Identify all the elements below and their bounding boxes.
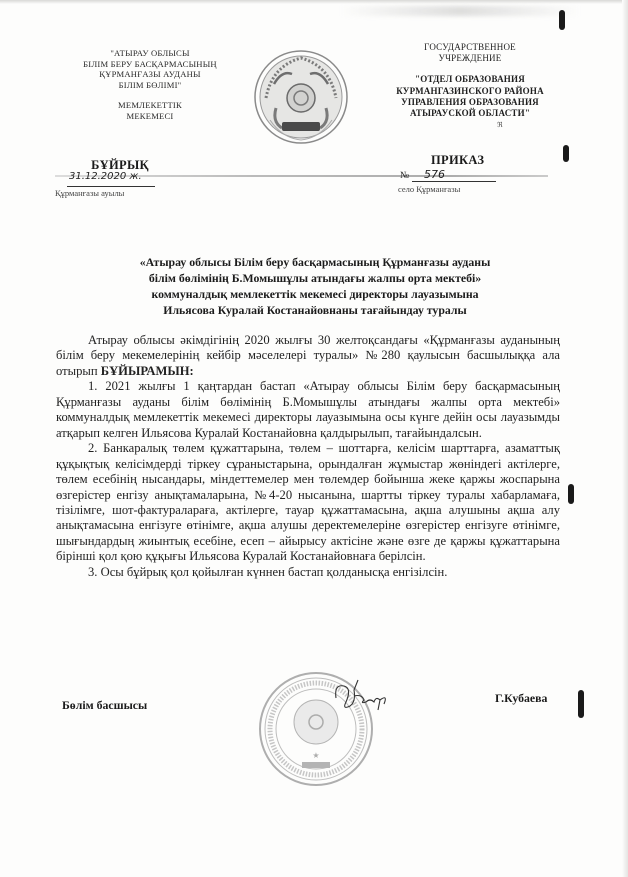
staple-mark <box>563 145 569 162</box>
document-title: «Атырау облысы Білім беру басқармасының … <box>62 254 568 318</box>
org-line: БІЛІМ БӨЛІМІ" <box>62 80 238 91</box>
header-org-ru: ГОСУДАРСТВЕННОЕ УЧРЕЖДЕНИЕ "ОТДЕЛ ОБРАЗО… <box>385 42 555 131</box>
title-line: білім бөлімінің Б.Момышұлы атындағы жалп… <box>62 270 568 286</box>
header-org-kz: "АТЫРАУ ОБЛЫСЫ БІЛІМ БЕРУ БАСҚАРМАСЫНЫҢ … <box>62 48 238 121</box>
org-line: УПРАВЛЕНИЯ ОБРАЗОВАНИЯ <box>385 97 555 108</box>
place-ru: село Құрманғазы <box>398 184 538 194</box>
order-number-field: № 576 <box>398 168 538 182</box>
org-type-line: МЕМЛЕКЕТТІК <box>62 100 238 111</box>
order-item-2: 2. Банкаралық төлем құжаттарына, төлем –… <box>56 441 560 565</box>
org-line: БІЛІМ БЕРУ БАСҚАРМАСЫНЫҢ <box>62 59 238 70</box>
title-line: Ильясова Куралай Костанайовнаны тағайынд… <box>62 302 568 318</box>
org-type-line: ГОСУДАРСТВЕННОЕ <box>385 42 555 53</box>
org-type-line: УЧРЕЖДЕНИЕ <box>385 53 555 64</box>
title-line: «Атырау облысы Білім беру басқармасының … <box>62 254 568 270</box>
preamble-paragraph: Атырау облысы әкімдігінің 2020 жылғы 30 … <box>56 333 560 379</box>
org-line: ҚҰРМАНҒАЗЫ АУДАНЫ <box>62 69 238 80</box>
order-block-ru: ПРИКАЗ № 576 село Құрманғазы <box>398 153 538 194</box>
scan-shadow <box>340 6 580 16</box>
page-edge <box>622 0 628 877</box>
signer-position: Бөлім басшысы <box>62 698 147 713</box>
signature-row: Бөлім басшысы Г.Кубаева <box>62 698 562 718</box>
staple-mark <box>578 690 584 718</box>
org-line: "ОТДЕЛ ОБРАЗОВАНИЯ <box>385 74 555 85</box>
signer-name: Г.Кубаева <box>495 691 547 706</box>
svg-text:★: ★ <box>312 751 319 760</box>
staple-mark <box>559 10 565 30</box>
org-line: КУРМАНГАЗИНСКОГО РАЙОНА <box>385 86 555 97</box>
order-title-ru: ПРИКАЗ <box>398 153 538 168</box>
staple-mark <box>568 484 574 504</box>
small-mark: ℜ <box>497 121 503 129</box>
page-edge <box>0 0 628 4</box>
org-line: "АТЫРАУ ОБЛЫСЫ <box>62 48 238 59</box>
order-number: 576 <box>424 168 445 181</box>
org-line: АТЫРАУСКОЙ ОБЛАСТИ" <box>385 108 555 119</box>
org-type-line: МЕКЕМЕСІ <box>62 111 238 122</box>
order-item-1: 1. 2021 жылғы 1 қаңтардан бастап «Атырау… <box>56 379 560 441</box>
state-emblem-icon <box>252 48 350 146</box>
title-line: коммуналдық мемлекеттік мекемесі директо… <box>62 286 568 302</box>
order-block-kz: БҰЙРЫҚ 31.12.2020 ж. Құрманғазы ауылы <box>55 158 165 198</box>
order-date: 31.12.2020 ж. <box>69 171 142 182</box>
place-kz: Құрманғазы ауылы <box>55 188 165 198</box>
date-field: 31.12.2020 ж. <box>67 173 155 187</box>
order-item-3: 3. Осы бұйрық қол қойылған күннен бастап… <box>56 565 560 580</box>
number-sign: № <box>400 171 409 181</box>
order-word: БҰЙЫРАМЫН: <box>101 364 194 378</box>
document-body: Атырау облысы әкімдігінің 2020 жылғы 30 … <box>56 333 560 580</box>
